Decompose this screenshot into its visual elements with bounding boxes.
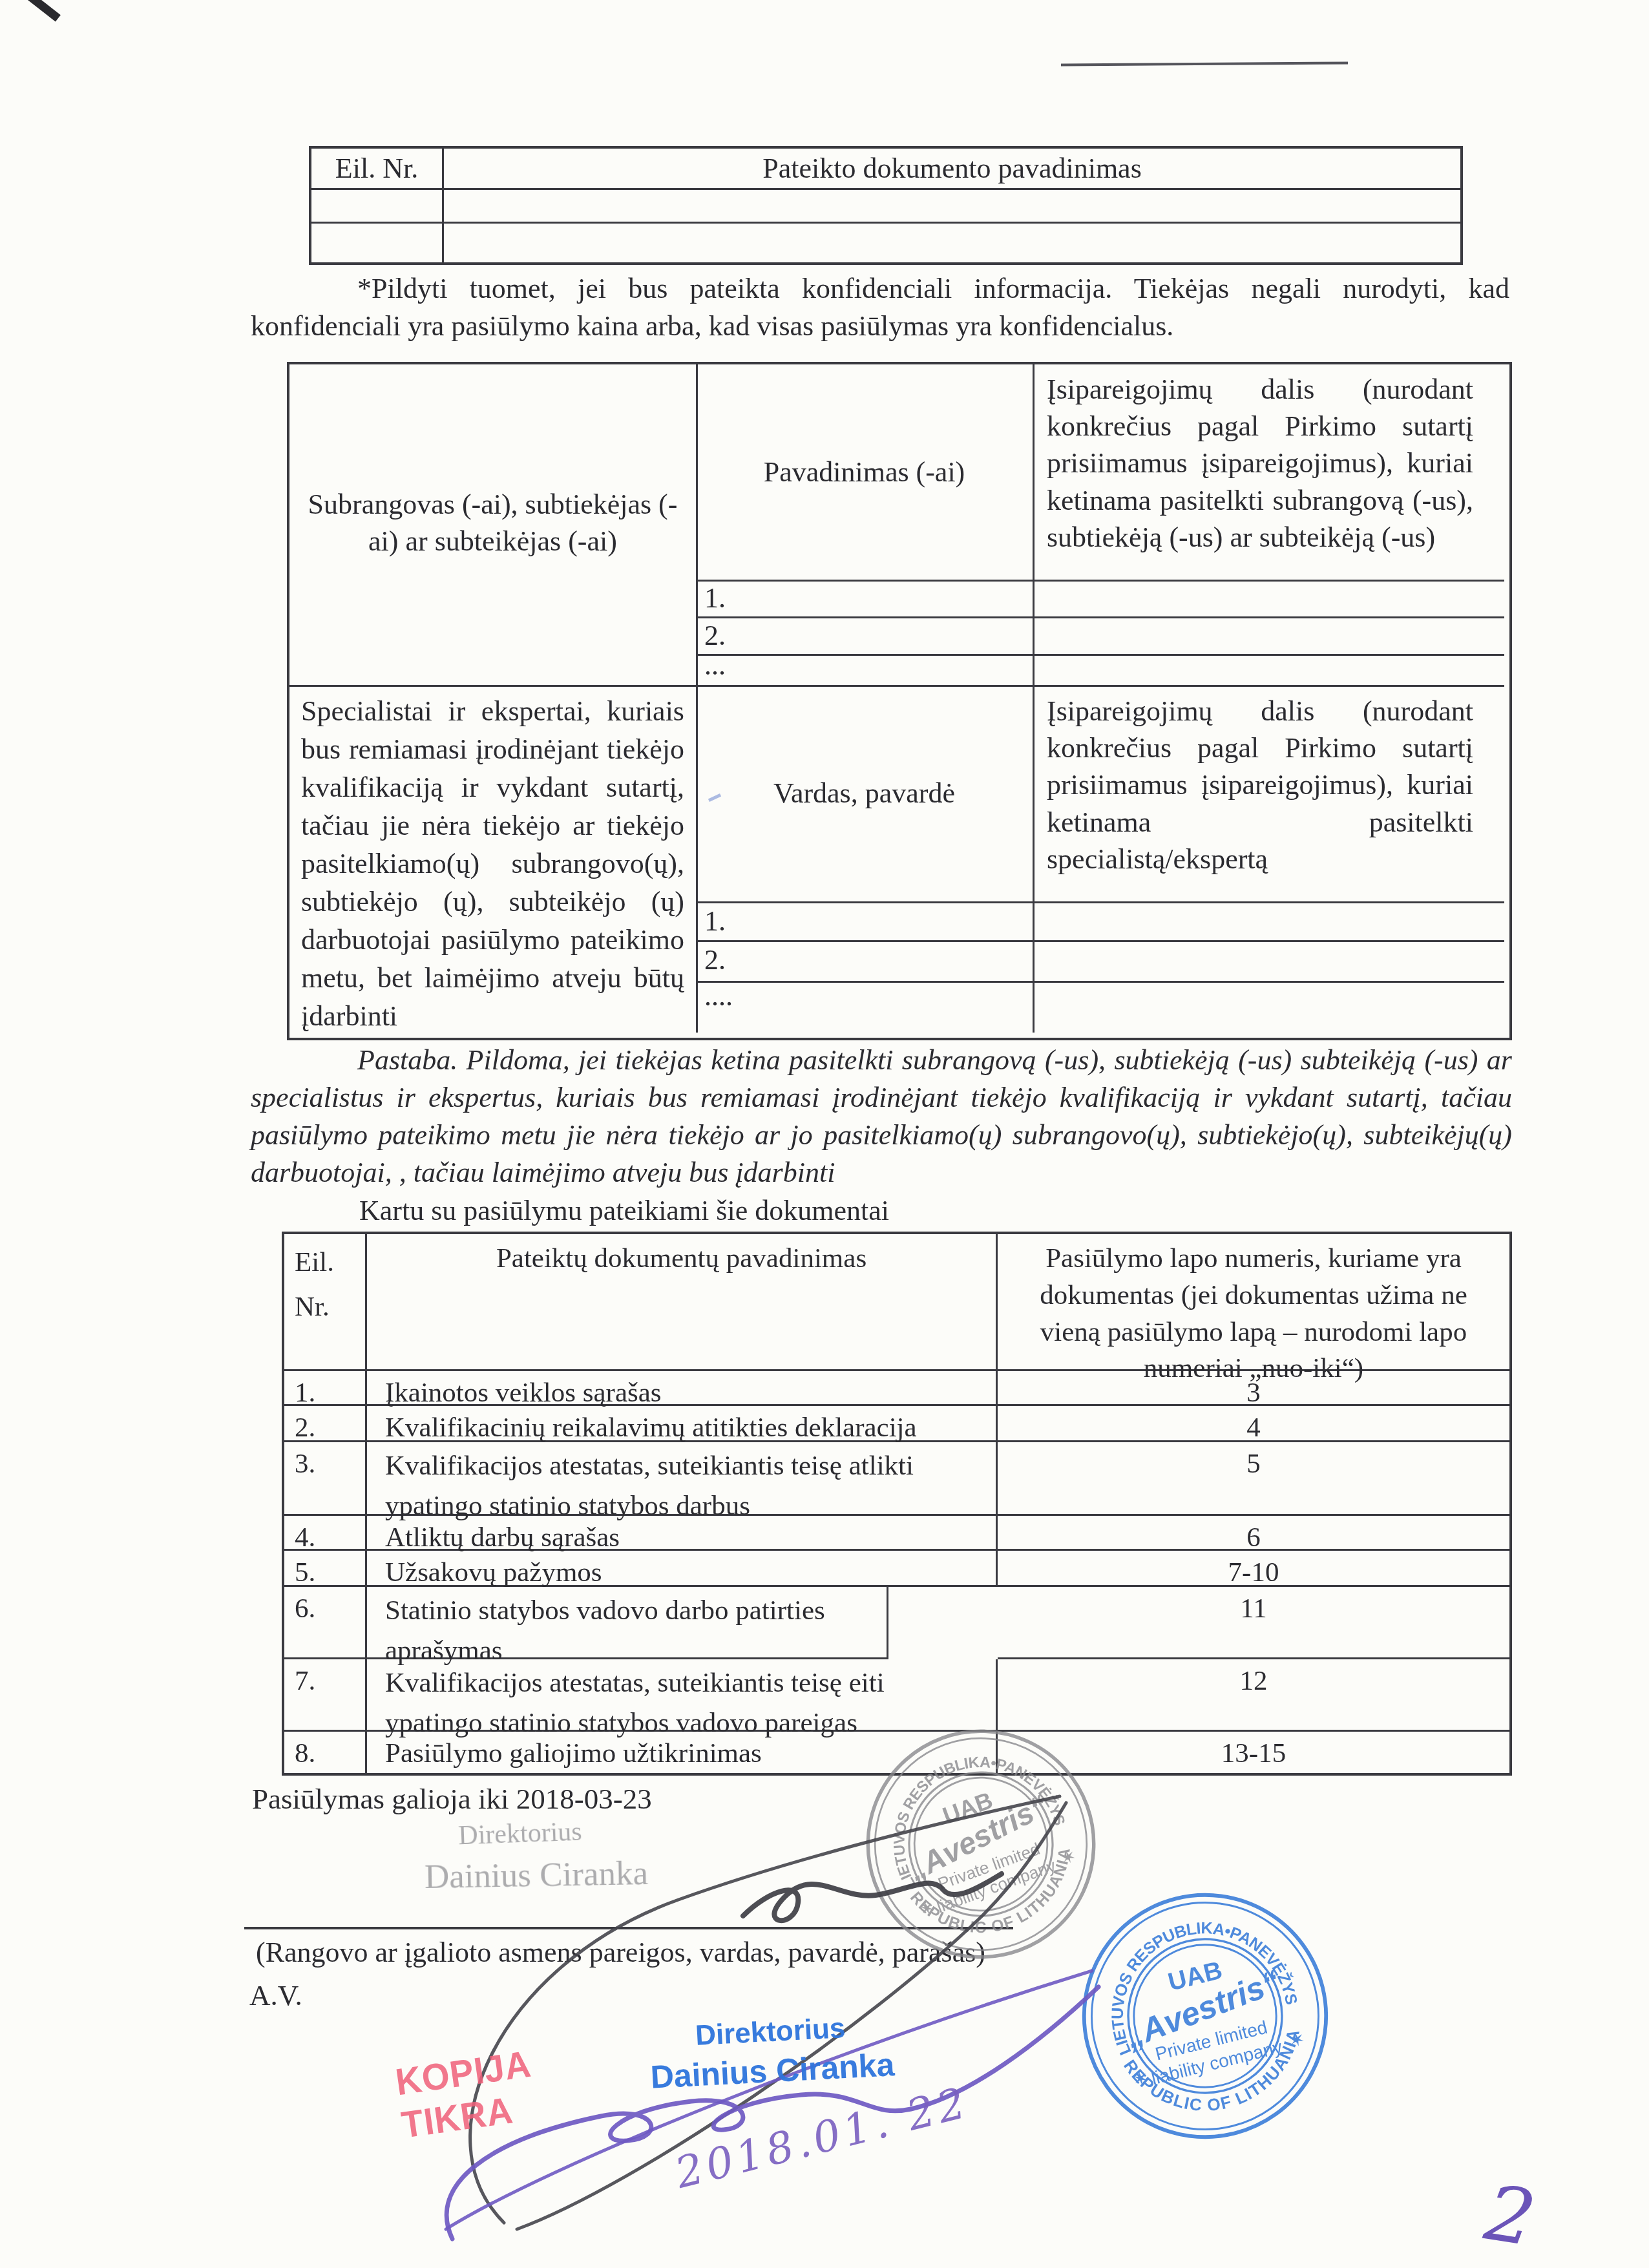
subcontractors-table: Subrangovas (-ai), subtiekėjas (-ai) ar … [287, 362, 1512, 1040]
confidential-note: *Pildyti tuomet, jei bus pateikta konfid… [251, 270, 1509, 345]
t3-header-name: Pateiktų dokumentų pavadinimas [367, 1234, 998, 1371]
t3-row-page: 7-10 [998, 1551, 1509, 1587]
documents-header-table: Eil. Nr. Pateikto dokumento pavadinimas [309, 146, 1463, 265]
table2-subline [696, 940, 1504, 942]
t3-row-name: Užsakovų pažymos [367, 1551, 998, 1587]
t3-row-nr: 3. [284, 1442, 367, 1516]
t3-row-nr: 8. [284, 1732, 367, 1773]
table1-empty-cell [311, 190, 444, 224]
t3-row-nr: 1. [284, 1371, 367, 1406]
t3-row-nr: 5. [284, 1551, 367, 1587]
t3-row-nr: 2. [284, 1406, 367, 1442]
t3-header-eil-line2: Nr. [295, 1285, 365, 1330]
pavadinimas-header: Pavadinimas (-ai) [696, 364, 1033, 580]
table2-subline [696, 580, 1504, 582]
t3-row-page: 4 [998, 1406, 1509, 1442]
vardas-pavarde-header: Vardas, pavardė [696, 685, 1033, 901]
scan-mark-top-left [26, 0, 61, 21]
table1-col1-header: Eil. Nr. [311, 149, 444, 190]
row-label: ... [704, 649, 726, 682]
subcontractor-label: Subrangovas (-ai), subtiekėjas (-ai) ar … [302, 364, 683, 681]
table2-subline [696, 901, 1504, 903]
t3-row-nr: 7. [284, 1659, 367, 1732]
table2-subline [696, 616, 1504, 618]
specialists-label: Specialistai ir ekspertai, kuriais bus r… [301, 693, 684, 1036]
director-stamp: Direktorius Dainius Ciranka [647, 2010, 896, 2096]
table2-subline [696, 981, 1504, 983]
t3-header-eil: Eil. Nr. [284, 1234, 367, 1371]
table2-subline [696, 654, 1504, 656]
t3-row-page: 11 [998, 1587, 1509, 1659]
row-label: 2. [704, 943, 726, 976]
t3-header-page: Pasiūlymo lapo numeris, kuriame yra doku… [998, 1234, 1509, 1371]
handwritten-page-number: 2 [1480, 2168, 1542, 2263]
t3-row-name: Įkainotos veiklos sąrašas [367, 1371, 998, 1406]
t3-row-nr: 6. [284, 1587, 367, 1659]
table1-empty-cell [444, 224, 1460, 262]
row-label: 1. [704, 905, 726, 938]
t3-row-nr: 4. [284, 1516, 367, 1551]
t3-row-name: Kvalifikacijos atestatas, suteikiantis t… [367, 1442, 998, 1516]
table2-divider [1033, 364, 1035, 1033]
t3-row-page: 3 [998, 1371, 1509, 1406]
t3-row-name: Statinio statybos vadovo darbo patirties… [367, 1587, 888, 1659]
kartu-line: Kartu su pasiūlymu pateikiami šie dokume… [359, 1194, 889, 1227]
table1-empty-cell [444, 190, 1460, 224]
table1-empty-cell [311, 224, 444, 262]
t3-row-page: 5 [998, 1442, 1509, 1516]
row-label: 1. [704, 582, 726, 614]
row-label: 2. [704, 619, 726, 652]
row-label: .... [704, 980, 733, 1013]
scanned-document-page: Eil. Nr. Pateikto dokumento pavadinimas … [0, 0, 1649, 2268]
table1-col2-header: Pateikto dokumento pavadinimas [444, 149, 1460, 190]
t3-row-name: Kvalifikacinių reikalavimų atitikties de… [367, 1406, 998, 1442]
t3-row-name: Atliktų darbų sąrašas [367, 1516, 998, 1551]
t3-header-eil-line1: Eil. [295, 1241, 365, 1285]
scan-line-top-right [1061, 61, 1348, 66]
t3-row-page: 6 [998, 1516, 1509, 1551]
obligations-specialist-text: Įsipareigojimų dalis (nurodant konkrečiu… [1047, 693, 1473, 877]
t3-row-name: Kvalifikacijos atestatas, suteikiantis t… [367, 1659, 998, 1732]
pastaba-note: Pastaba. Pildoma, jei tiekėjas ketina pa… [251, 1042, 1512, 1192]
obligations-subcontractor-text: Įsipareigojimų dalis (nurodant konkrečiu… [1047, 371, 1473, 556]
submitted-documents-table: Eil. Nr. Pateiktų dokumentų pavadinimas … [282, 1232, 1512, 1776]
t3-row-page: 12 [998, 1659, 1509, 1732]
